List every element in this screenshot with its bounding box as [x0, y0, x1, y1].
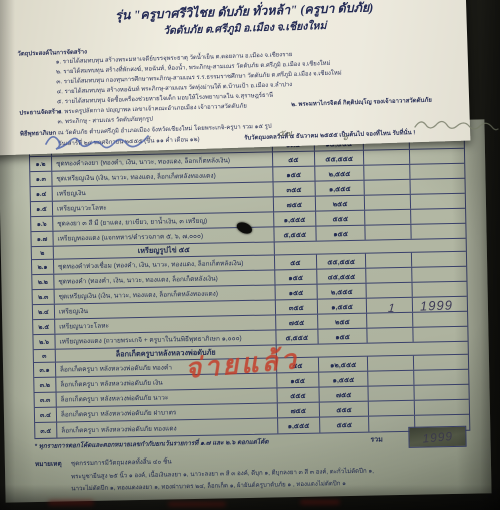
handwritten-qty: 1 — [388, 301, 396, 315]
cell-qty: ๕๕ — [273, 152, 315, 167]
blurred-bottom-mark — [168, 502, 226, 507]
pencil-count-note: ๕๗ — [278, 126, 292, 140]
cell-price: ๔๕,๕๕๕ — [317, 269, 367, 284]
cell-no: ๒.๑ — [32, 260, 54, 274]
cell-price: ๕๕๕ — [320, 417, 370, 433]
section-no: ๒ — [32, 247, 54, 259]
blurred-bottom-mark — [300, 500, 340, 505]
document-photo: ๑.๑ ชุดกรรมการ (วัตถุมงคลทั้งสิ้น ๔๐ ชิ้… — [0, 0, 500, 510]
cell-qty: ๑๕๕ — [275, 270, 317, 285]
cell-qty: ๑๕๕ — [275, 285, 317, 300]
blurred-bottom-mark — [48, 500, 94, 506]
grand-total-box: 1999 — [408, 426, 466, 448]
cell-price: ๑,๕๕๕ — [317, 299, 367, 314]
cell-no: ๒.๓ — [33, 290, 55, 304]
cell-no: ๑.๗ — [31, 232, 53, 246]
cell-price: ๗๕๕ — [319, 387, 369, 402]
cell-no: ๓.๑ — [34, 363, 56, 377]
cell-price: ๑๒,๕๕๕ — [319, 357, 369, 372]
cell-price: ๒๕๕ — [318, 314, 368, 329]
cell-no: ๓.๔ — [35, 408, 57, 422]
chairman-2: ๒. พระมหาไกรจิตต์ กิตฺติปญฺโญ รองเจ้าอาว… — [291, 96, 432, 110]
cell-price: ๑,๕๕๕ — [319, 372, 369, 387]
cell-qty: ๑,๕๕๕ — [274, 212, 316, 227]
cell-no: ๒.๕ — [33, 320, 55, 334]
cell-no: ๑.๓ — [30, 172, 52, 186]
cell-item: ล็อกเก็ตครูบา หลังหลวงพ่อดับภัย ทองแดง — [57, 418, 278, 437]
cell-qty: ๕๕ — [275, 255, 317, 270]
cell-price: ๕๕,๕๕๕ — [317, 254, 367, 269]
cell-qty: ๗๕๕ — [278, 403, 320, 418]
order-sheet: ๑.๑ ชุดกรรมการ (วัตถุมงคลทั้งสิ้น ๔๐ ชิ้… — [0, 119, 492, 502]
cell-qty: ๕๕๕ — [277, 388, 319, 403]
cell-no: ๑.๔ — [31, 187, 53, 201]
cell-price: ๑๕๕ — [316, 226, 366, 241]
pencil-number-note: ๖ — [342, 130, 348, 144]
order-table: ๑.๑ ชุดกรรมการ (วัตถุมงคลทั้งสิ้น ๔๐ ชิ้… — [29, 126, 471, 439]
grand-total-handwritten: 1999 — [422, 428, 454, 445]
cell-price: ๕๕,๕๕๕ — [315, 151, 365, 166]
cell-price: ๕๕๕ — [316, 211, 366, 226]
remark-line-1: ชุดกรรมการมีวัตถุมงคลทั้งสิ้น ๔๐ ชิ้น — [71, 456, 172, 468]
cell-qty: ๗๕๕ — [274, 197, 316, 212]
cell-no: ๒.๒ — [32, 275, 54, 289]
handwritten-blue-scribble — [42, 122, 152, 156]
remark-label: หมายเหตุ — [35, 459, 62, 470]
code-stamp-note: * ทุกรายการตอกโค้ดและตอกหมายเลขกำกับยกเว… — [34, 437, 268, 451]
cell-price: ๑๕๕ — [318, 329, 368, 344]
cell-no: ๒.๖ — [33, 335, 55, 349]
chairman-label: ประธานจัดสร้าง — [19, 107, 61, 118]
cell-no: ๑.๖ — [31, 217, 53, 231]
cell-qty: ๑๕๕ — [273, 167, 315, 182]
cell-qty: ๑,๕๕๕ — [278, 418, 320, 434]
cell-no: ๑.๕ — [31, 202, 53, 216]
cell-no: ๓.๓ — [35, 393, 57, 407]
cell-qty: ๕,๕๕๕ — [274, 227, 316, 242]
cell-price: ๒,๕๕๕ — [315, 166, 365, 181]
cell-price: ๑,๕๕๕ — [315, 181, 365, 196]
cell-no: ๒.๔ — [33, 305, 55, 319]
cell-price: ๒,๕๕๕ — [317, 284, 367, 299]
section-no: ๓ — [34, 350, 56, 362]
cell-no: ๑.๒ — [30, 157, 52, 171]
cell-qty: ๓๕๕ — [273, 182, 315, 197]
handwritten-amount: 1999 — [420, 297, 453, 313]
cell-no: ๓.๒ — [34, 378, 56, 392]
cell-price: ๕๕๕ — [319, 402, 369, 417]
handwritten-pencil-scribble — [412, 112, 500, 134]
total-label: รวม — [370, 434, 383, 445]
cell-qty: ๗๕๕ — [276, 315, 318, 330]
cell-price: ๒๕๕ — [316, 196, 366, 211]
cell-qty: ๓๕๕ — [276, 300, 318, 315]
cell-no: ๓.๕ — [35, 423, 57, 438]
